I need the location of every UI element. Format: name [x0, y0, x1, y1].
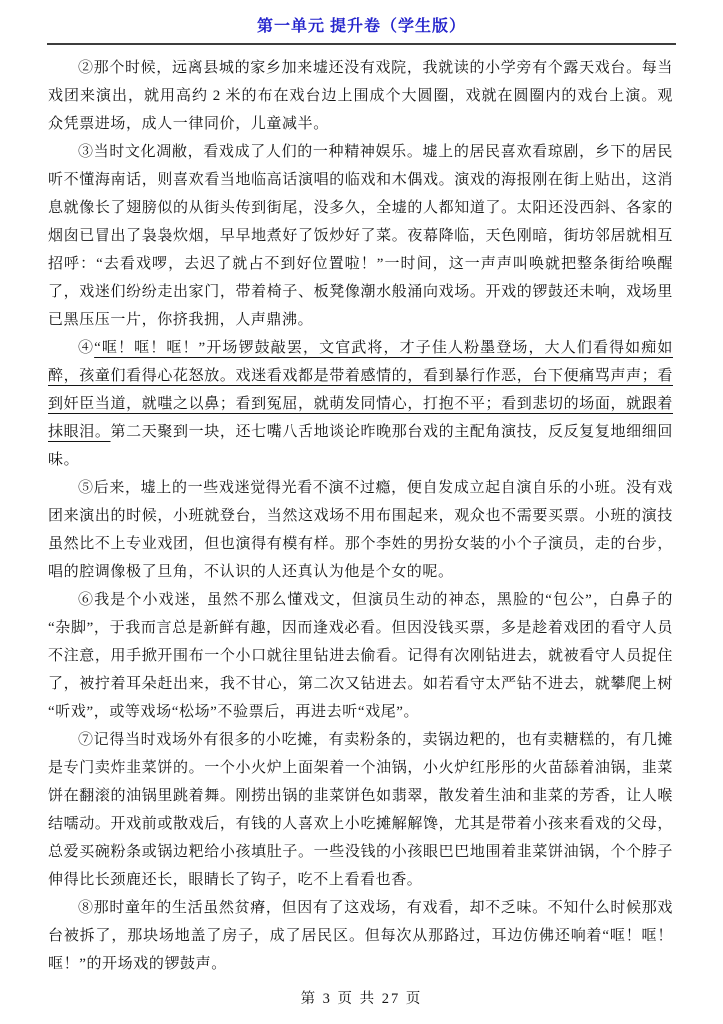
paragraph-3: ③当时文化凋敝，看戏成了人们的一种精神娱乐。墟上的居民喜欢看琼剧，乡下的居民听不…: [48, 138, 673, 334]
page-number: 第 3 页 共 27 页: [301, 991, 423, 1007]
paragraph-5: ⑤后来，墟上的一些戏迷觉得光看不演不过瘾，便自发成立起自演自乐的小班。没有戏团来…: [48, 474, 673, 586]
paragraph-4: ④“哐！哐！哐！”开场锣鼓敲罢，文官武将，才子佳人粉墨登场，大人们看得如痴如醉，…: [48, 334, 673, 474]
paragraph-6: ⑥我是个小戏迷，虽然不那么懂戏文，但演员生动的神态，黑脸的“包公”，白鼻子的“杂…: [48, 586, 673, 726]
paragraph-7-text: ⑦记得当时戏场外有很多的小吃摊，有卖粉条的，卖锅边粑的，也有卖糖糕的，有几摊是专…: [48, 732, 673, 888]
paragraph-4-tail-text: 第二天聚到一块，还七嘴八舌地谈论昨晚那台戏的主配角演技，反反复复地细细回味。: [48, 424, 673, 468]
article-body: ②那个时候，远离县城的家乡加来墟还没有戏院，我就读的小学旁有个露天戏台。每当戏团…: [48, 54, 673, 978]
document-footer: 第 3 页 共 27 页: [0, 987, 723, 1008]
header-divider: [47, 43, 676, 45]
paragraph-3-text: ③当时文化凋敝，看戏成了人们的一种精神娱乐。墟上的居民喜欢看琼剧，乡下的居民听不…: [48, 144, 673, 328]
paragraph-4-number: ④: [78, 340, 94, 356]
paragraph-5-text: ⑤后来，墟上的一些戏迷觉得光看不演不过瘾，便自发成立起自演自乐的小班。没有戏团来…: [48, 480, 673, 580]
paragraph-2: ②那个时候，远离县城的家乡加来墟还没有戏院，我就读的小学旁有个露天戏台。每当戏团…: [48, 54, 673, 138]
paragraph-7: ⑦记得当时戏场外有很多的小吃摊，有卖粉条的，卖锅边粑的，也有卖糖糕的，有几摊是专…: [48, 726, 673, 894]
paragraph-8-text: ⑧那时童年的生活虽然贫瘠，但因有了这戏场，有戏看，却不乏味。不知什么时候那戏台被…: [48, 900, 673, 972]
paragraph-8: ⑧那时童年的生活虽然贫瘠，但因有了这戏场，有戏看，却不乏味。不知什么时候那戏台被…: [48, 894, 673, 978]
document-header: 第一单元 提升卷（学生版）: [0, 0, 723, 36]
page-title: 第一单元 提升卷（学生版）: [257, 18, 466, 35]
document-page: 第一单元 提升卷（学生版） ②那个时候，远离县城的家乡加来墟还没有戏院，我就读的…: [0, 0, 723, 1024]
paragraph-2-text: ②那个时候，远离县城的家乡加来墟还没有戏院，我就读的小学旁有个露天戏台。每当戏团…: [48, 60, 673, 132]
paragraph-6-text: ⑥我是个小戏迷，虽然不那么懂戏文，但演员生动的神态，黑脸的“包公”，白鼻子的“杂…: [48, 592, 673, 720]
